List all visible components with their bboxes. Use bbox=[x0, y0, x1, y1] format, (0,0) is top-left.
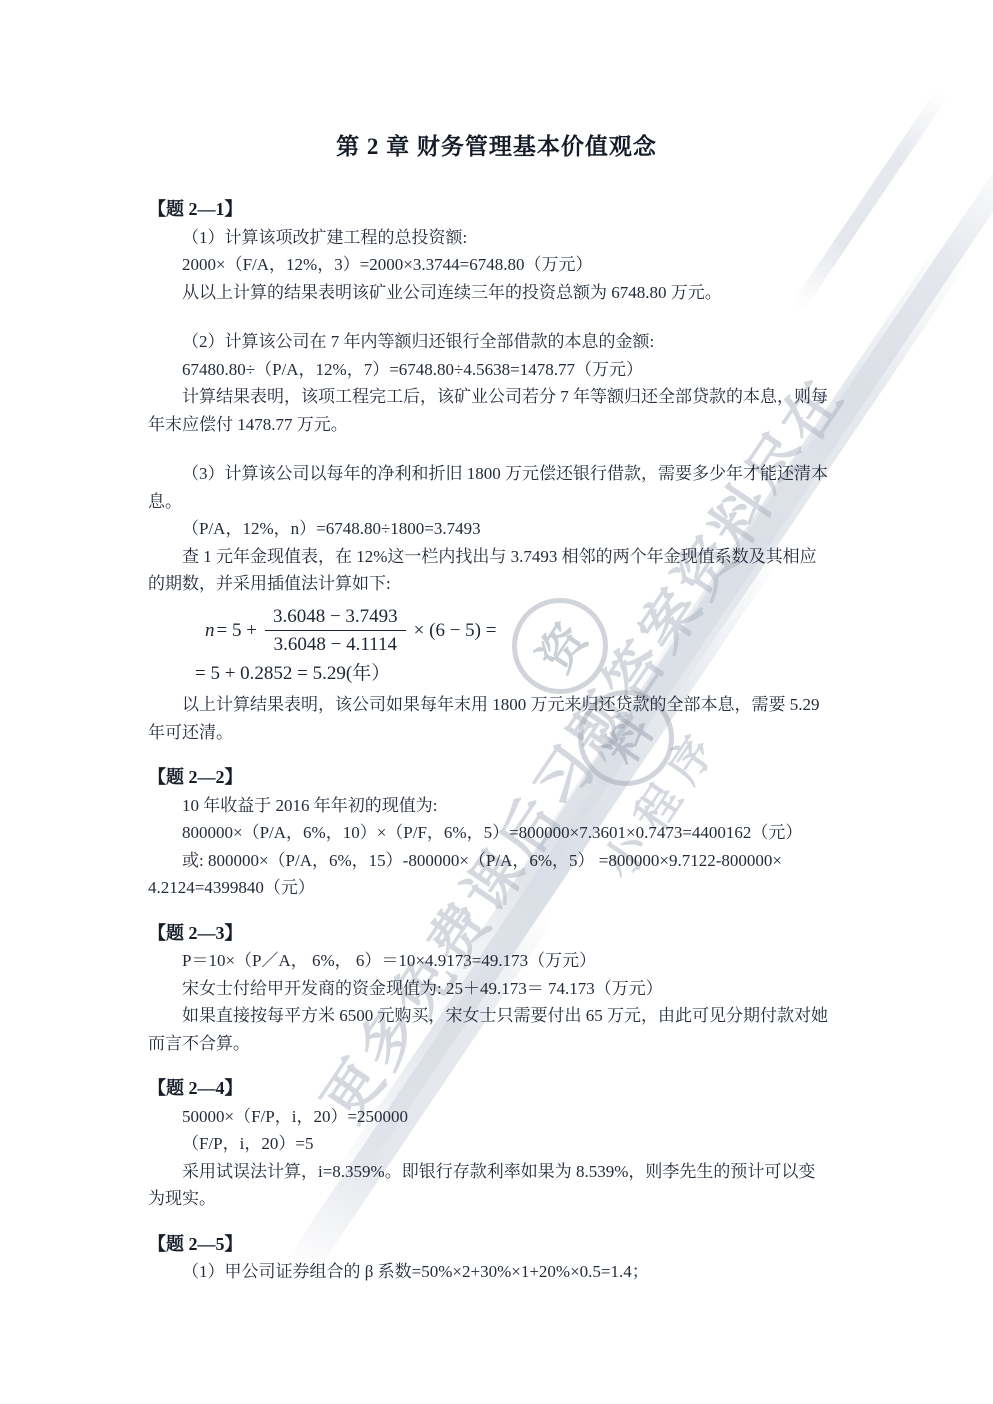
formula-lead: = 5 + bbox=[217, 620, 257, 642]
interpolation-formula: n = 5 + 3.6048 − 3.74933.6048 − 4.1114× … bbox=[148, 606, 854, 657]
document-page: 更多免费课后习题答案资料尽在 小程序 资 料 第 2 章 财务管理基本价值观念 … bbox=[0, 0, 993, 1404]
problem-label: 【题 2—5】 bbox=[148, 1231, 854, 1259]
text-line: （F/P，i，20）=5 bbox=[148, 1130, 854, 1158]
text-line: 4.2124=4399840（元） bbox=[148, 874, 854, 902]
blank-line bbox=[148, 438, 854, 460]
problem-block: 【题 2—2】10 年收益于 2016 年年初的现值为:800000×（P/A，… bbox=[148, 764, 854, 902]
text-line: （3）计算该公司以每年的净利和折旧 1800 万元偿还银行借款，需要多少年才能还… bbox=[148, 460, 854, 488]
interpolation-formula-result: = 5 + 0.2852 = 5.29(年） bbox=[148, 658, 854, 685]
blank-line bbox=[148, 306, 854, 328]
text-line: 从以上计算的结果表明该矿业公司连续三年的投资总额为 6748.80 万元。 bbox=[148, 279, 854, 307]
text-line: （1）甲公司证券组合的 β 系数=50%×2+30%×1+20%×0.5=1.4… bbox=[148, 1258, 854, 1286]
text-line: 的期数，并采用插值法计算如下: bbox=[148, 570, 854, 598]
text-line: 10 年收益于 2016 年年初的现值为: bbox=[148, 792, 854, 820]
text-line: （2）计算该公司在 7 年内等额归还银行全部借款的本息的金额: bbox=[148, 328, 854, 356]
problem-block: 【题 2—4】50000×（F/P，i，20）=250000（F/P，i，20）… bbox=[148, 1075, 854, 1213]
formula-fraction: 3.6048 − 3.74933.6048 − 4.1114 bbox=[265, 606, 406, 657]
text-line: 年可还清。 bbox=[148, 719, 854, 747]
problems-list: 【题 2—1】（1）计算该项改扩建工程的总投资额:2000×（F/A，12%，3… bbox=[148, 196, 854, 1286]
fraction-denominator: 3.6048 − 4.1114 bbox=[265, 630, 406, 656]
text-line: 年末应偿付 1478.77 万元。 bbox=[148, 411, 854, 439]
text-line: 为现实。 bbox=[148, 1185, 854, 1213]
text-line: 而言不合算。 bbox=[148, 1030, 854, 1058]
text-line: 2000×（F/A，12%，3）=2000×3.3744=6748.80（万元） bbox=[148, 251, 854, 279]
text-line: 50000×（F/P，i，20）=250000 bbox=[148, 1103, 854, 1131]
text-line: 如果直接按每平方米 6500 元购买，宋女士只需要付出 65 万元，由此可见分期… bbox=[148, 1002, 854, 1030]
text-line: 或: 800000×（P/A，6%，15）-800000×（P/A，6%，5） … bbox=[148, 847, 854, 875]
text-line: 宋女士付给甲开发商的资金现值为: 25＋49.173＝ 74.173（万元） bbox=[148, 975, 854, 1003]
problem-label: 【题 2—2】 bbox=[148, 764, 854, 792]
problem-label: 【题 2—3】 bbox=[148, 920, 854, 948]
problem-block: 【题 2—5】（1）甲公司证券组合的 β 系数=50%×2+30%×1+20%×… bbox=[148, 1231, 854, 1286]
text-line: 查 1 元年金现值表，在 12%这一栏内找出与 3.7493 相邻的两个年金现值… bbox=[148, 543, 854, 571]
text-line: 息。 bbox=[148, 488, 854, 516]
text-line: （P/A，12%，n）=6748.80÷1800=3.7493 bbox=[148, 515, 854, 543]
problem-label: 【题 2—1】 bbox=[148, 196, 854, 224]
text-line: 采用试误法计算，i=8.359%。即银行存款利率如果为 8.539%，则李先生的… bbox=[148, 1158, 854, 1186]
text-line: 以上计算结果表明，该公司如果每年末用 1800 万元来归还贷款的全部本息，需要 … bbox=[148, 691, 854, 719]
problem-label: 【题 2—4】 bbox=[148, 1075, 854, 1103]
text-line: 800000×（P/A，6%，10）×（P/F，6%，5）=800000×7.3… bbox=[148, 819, 854, 847]
page-title: 第 2 章 财务管理基本价值观念 bbox=[0, 128, 993, 161]
problem-block: 【题 2—1】（1）计算该项改扩建工程的总投资额:2000×（F/A，12%，3… bbox=[148, 196, 854, 746]
text-line: 计算结果表明，该项工程完工后，该矿业公司若分 7 年等额归还全部贷款的本息，则每 bbox=[148, 383, 854, 411]
text-line: P＝10×（P／A， 6%， 6）＝10×4.9173=49.173（万元） bbox=[148, 947, 854, 975]
text-line: 67480.80÷（P/A，12%，7）=6748.80÷4.5638=1478… bbox=[148, 356, 854, 384]
formula-tail: × (6 − 5) = bbox=[414, 620, 497, 642]
fraction-numerator: 3.6048 − 3.7493 bbox=[265, 606, 406, 631]
formula-variable: n bbox=[205, 620, 217, 642]
problem-block: 【题 2—3】P＝10×（P／A， 6%， 6）＝10×4.9173=49.17… bbox=[148, 920, 854, 1058]
text-line: （1）计算该项改扩建工程的总投资额: bbox=[148, 224, 854, 252]
